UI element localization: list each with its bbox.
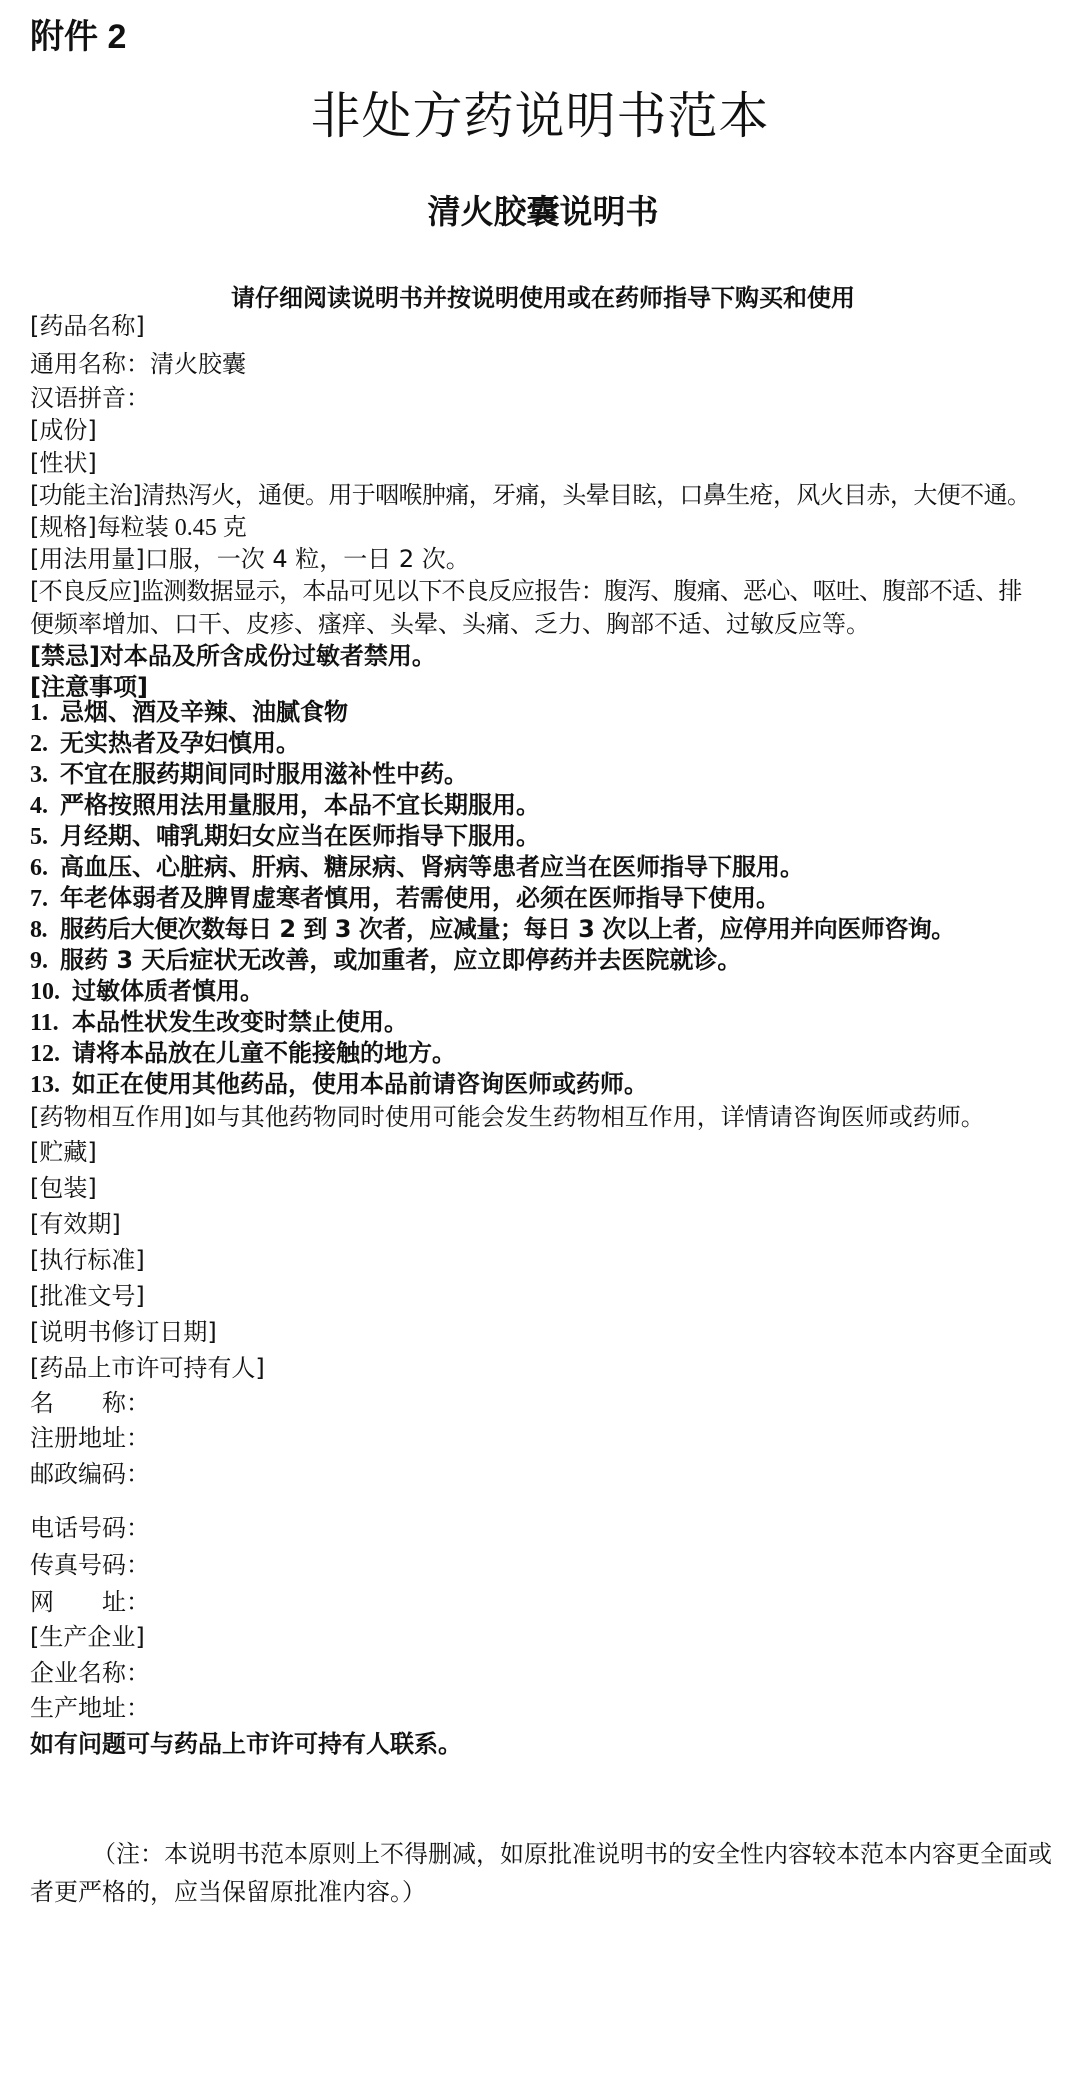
section-interactions: [药物相互作用]如与其他药物同时使用可能会发生药物相互作用，详情请咨询医师或药师…	[30, 1101, 985, 1133]
precaution-item: 12.请将本品放在儿童不能接触的地方。	[30, 1037, 456, 1069]
precaution-item: 9.服药 3 天后症状无改善，或加重者，应立即停药并去医院就诊。	[30, 944, 741, 976]
field-mah-website: 网址：	[30, 1586, 150, 1618]
field-company-name: 企业名称：	[30, 1657, 150, 1689]
field-mah-address: 注册地址：	[30, 1422, 150, 1454]
precaution-item: 5.月经期、哺乳期妇女应当在医师指导下服用。	[30, 820, 540, 852]
section-description: [性状]	[30, 447, 97, 479]
footnote: （注：本说明书范本原则上不得删减，如原批准说明书的安全性内容较本范本内容更全面或…	[30, 1835, 1055, 1911]
section-drug-name-heading: [药品名称]	[30, 310, 145, 342]
specification-text: 每粒装 0.45 克	[97, 515, 247, 541]
adverse-label: [不良反应]	[30, 577, 140, 605]
annex-label: 附件 2	[30, 18, 126, 56]
document-subtitle: 清火胶囊说明书	[0, 194, 1080, 230]
field-mah-name: 名称：	[30, 1387, 150, 1419]
section-standard: [执行标准]	[30, 1244, 145, 1276]
section-dosage: [用法用量]口服，一次 4 粒，一日 2 次。	[30, 543, 470, 575]
specification-label: [规格]	[30, 513, 97, 541]
dosage-label: [用法用量]	[30, 545, 145, 573]
adverse-text-line1: 监测数据显示，本品可见以下不良反应报告：腹泻、腹痛、恶心、呕吐、腹部不适、排	[140, 577, 1022, 605]
precaution-item: 10.过敏体质者慎用。	[30, 975, 264, 1007]
interactions-label: [药物相互作用]	[30, 1103, 193, 1131]
precaution-item: 3.不宜在服药期间同时服用滋补性中药。	[30, 758, 468, 790]
precaution-item: 2.无实热者及孕妇慎用。	[30, 727, 300, 759]
precaution-item: 8.服药后大便次数每日 2 到 3 次者，应减量；每日 3 次以上者，应停用并向…	[30, 913, 955, 945]
indications-label: [功能主治]	[30, 481, 141, 509]
contact-notice: 如有问题可与药品上市许可持有人联系。	[30, 1728, 462, 1760]
field-pinyin: 汉语拼音：	[30, 382, 150, 414]
document-title: 非处方药说明书范本	[0, 88, 1080, 144]
section-packaging: [包装]	[30, 1172, 97, 1204]
section-contraindications: [禁忌]对本品及所含成份过敏者禁用。	[30, 640, 436, 672]
precaution-item: 13.如正在使用其他药品，使用本品前请咨询医师或药师。	[30, 1068, 648, 1100]
field-mah-fax: 传真号码：	[30, 1549, 150, 1581]
section-storage: [贮藏]	[30, 1136, 97, 1168]
section-indications: [功能主治]清热泻火，通便。用于咽喉肿痛，牙痛，头晕目眩，口鼻生疮，风火目赤，大…	[30, 479, 1030, 511]
dosage-text: 口服，一次 4 粒，一日 2 次。	[145, 545, 470, 573]
precaution-item: 7.年老体弱者及脾胃虚寒者慎用，若需使用，必须在医师指导下使用。	[30, 882, 780, 914]
field-production-address: 生产地址：	[30, 1692, 150, 1724]
section-revision-date: [说明书修订日期]	[30, 1316, 217, 1348]
adverse-text-line2: 便频率增加、口干、皮疹、瘙痒、头晕、头痛、乏力、胸部不适、过敏反应等。	[30, 608, 870, 640]
field-mah-postcode: 邮政编码：	[30, 1458, 150, 1490]
section-mah-heading: [药品上市许可持有人]	[30, 1352, 265, 1384]
field-mah-phone: 电话号码：	[30, 1512, 150, 1544]
section-ingredients: [成份]	[30, 414, 97, 446]
precaution-item: 6.高血压、心脏病、肝病、糖尿病、肾病等患者应当在医师指导下服用。	[30, 851, 804, 883]
section-approval-number: [批准文号]	[30, 1280, 145, 1312]
section-expiry: [有效期]	[30, 1208, 121, 1240]
section-manufacturer-heading: [生产企业]	[30, 1621, 145, 1653]
usage-instruction: 请仔细阅读说明书并按说明使用或在药师指导下购买和使用	[0, 284, 1080, 312]
precaution-item: 1.忌烟、酒及辛辣、油腻食物	[30, 696, 348, 728]
section-adverse-reactions: [不良反应]监测数据显示，本品可见以下不良反应报告：腹泻、腹痛、恶心、呕吐、腹部…	[30, 575, 1022, 607]
indications-text: 清热泻火，通便。用于咽喉肿痛，牙痛，头晕目眩，口鼻生疮，风火目赤，大便不通。	[141, 481, 1030, 509]
section-specification: [规格]每粒装 0.45 克	[30, 511, 247, 543]
field-generic-name: 通用名称：清火胶囊	[30, 348, 246, 380]
interactions-text: 如与其他药物同时使用可能会发生药物相互作用，详情请咨询医师或药师。	[193, 1103, 985, 1131]
precaution-item: 11.本品性状发生改变时禁止使用。	[30, 1006, 408, 1038]
precaution-item: 4.严格按照用法用量服用，本品不宜长期服用。	[30, 789, 540, 821]
